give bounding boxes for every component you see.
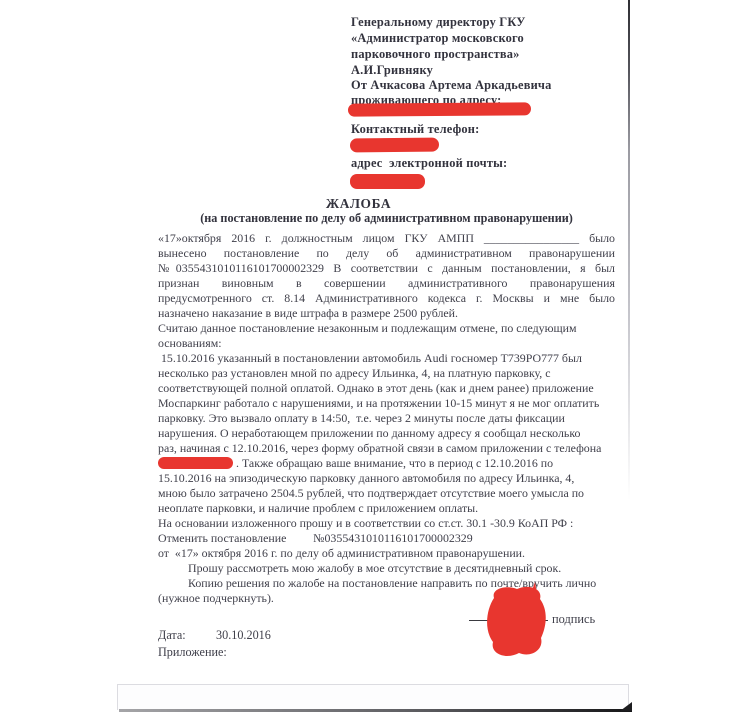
recipient-line: Генеральному директору ГКУ xyxy=(351,15,526,30)
body-line: 15.10.2016 указанный в постановлении авт… xyxy=(158,351,615,366)
phone-label: Контактный телефон: xyxy=(351,122,479,137)
scanned-complaint-page: Генеральному директору ГКУ «Администрато… xyxy=(0,0,750,714)
complaint-body: «17»октября 2016 г. должностным лицом ГК… xyxy=(158,231,615,606)
body-line: Считаю данное постановление незаконным и… xyxy=(158,321,615,336)
body-line: 15.10.2016 на эпизодическую парковку дан… xyxy=(158,471,615,486)
date-value: 30.10.2016 xyxy=(216,628,271,643)
body-line: мною было затрачено 2504.5 рублей, что п… xyxy=(158,486,615,501)
scan-edge-vertical-line xyxy=(628,0,630,500)
body-line: назначено наказание в виде штрафа в разм… xyxy=(158,306,615,321)
attachment-label: Приложение: xyxy=(158,645,227,660)
body-line: Прошу рассмотреть мою жалобу в мое отсут… xyxy=(158,561,615,576)
body-line: Моспаркинг работало с нарушениями, и на … xyxy=(158,396,615,411)
body-line: нарушения. О неработающем приложении по … xyxy=(158,426,615,441)
signature-label: подпись xyxy=(552,612,595,627)
document-title: ЖАЛОБА xyxy=(158,196,615,212)
redacted-email-bar xyxy=(350,174,425,189)
redacted-signature-blob xyxy=(481,580,553,665)
body-line: признан виновным в совершении администра… xyxy=(158,276,615,291)
body-line: №0355431010116101700002329 В соответстви… xyxy=(158,261,615,276)
redacted-address-bar xyxy=(348,102,531,116)
body-line: неоплате парковки, и наличие проблем с п… xyxy=(158,501,615,516)
scan-bottom-box xyxy=(117,684,629,710)
body-line: основаниям: xyxy=(158,336,615,351)
body-line: . Также обращаю ваше внимание, что в пер… xyxy=(236,456,553,470)
recipient-line: А.И.Гривняку xyxy=(351,63,433,78)
body-line: вынесено постановление по делу об админи… xyxy=(158,246,615,261)
recipient-line: парковочного пространства» xyxy=(351,47,520,62)
sender-name-line: От Ачкасова Артема Аркадьевича xyxy=(351,78,552,93)
redacted-phone-bar xyxy=(350,138,439,153)
body-line: несколько раз установлен мной по адресу … xyxy=(158,366,615,381)
date-label: Дата: xyxy=(158,628,186,643)
scan-bottom-edge-line xyxy=(119,709,632,712)
body-line: от «17» октября 2016 г. по делу об админ… xyxy=(158,546,615,561)
redacted-phone-inline-bar xyxy=(158,457,233,469)
document-subtitle: (на постановление по делу об администрат… xyxy=(158,211,615,226)
body-line: раз, начиная с 12.10.2016, через форму о… xyxy=(158,441,615,456)
body-line: парковку. Это вызвало оплату в 14:50, т.… xyxy=(158,411,615,426)
email-label: адрес электронной почты: xyxy=(351,156,507,171)
body-line: предусмотренного ст. 8.14 Административн… xyxy=(158,291,615,306)
body-line-with-redaction: . Также обращаю ваше внимание, что в пер… xyxy=(158,456,615,471)
body-line: «17»октября 2016 г. должностным лицом ГК… xyxy=(158,231,615,246)
body-line: Отменить постановление №0355431010116101… xyxy=(158,531,615,546)
recipient-line: «Администратор московского xyxy=(351,31,524,46)
body-line: На основании изложенного прошу и в соотв… xyxy=(158,516,615,531)
body-line: соответствующей полной оплатой. Однако в… xyxy=(158,381,615,396)
